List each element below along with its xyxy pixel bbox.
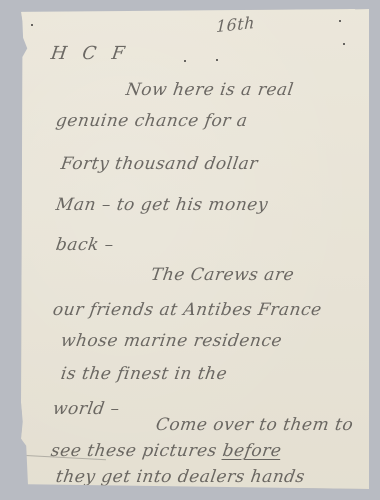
text-line-6: The Carews are xyxy=(150,265,296,285)
text-line-2: genuine chance for a xyxy=(55,111,249,131)
letter-page: 16th H C F Now here is a real genuine ch… xyxy=(21,9,369,489)
ink-spot xyxy=(343,43,345,45)
text-line-7: our friends at Antibes France xyxy=(52,300,323,320)
text-line-9: is the finest in the xyxy=(60,364,229,384)
initials: H C F xyxy=(50,43,131,64)
text-line-3: Forty thousand dollar xyxy=(60,154,260,174)
text-line-8: whose marine residence xyxy=(60,331,284,351)
ink-spot xyxy=(339,20,341,22)
underlined-word: before xyxy=(221,441,282,461)
ink-spot xyxy=(31,24,33,26)
text-line-4: Man – to get his money xyxy=(55,195,270,215)
text-line-11: Come over to them to xyxy=(155,415,355,435)
ink-spot xyxy=(216,59,218,61)
ink-spot xyxy=(184,60,186,62)
text-line-13: they get into dealers hands xyxy=(55,467,307,487)
text-line-10: world – xyxy=(52,399,121,419)
text-line-5: back – xyxy=(55,235,116,255)
text-line-1: Now here is a real xyxy=(125,80,295,100)
date-label: 16th xyxy=(216,13,256,36)
